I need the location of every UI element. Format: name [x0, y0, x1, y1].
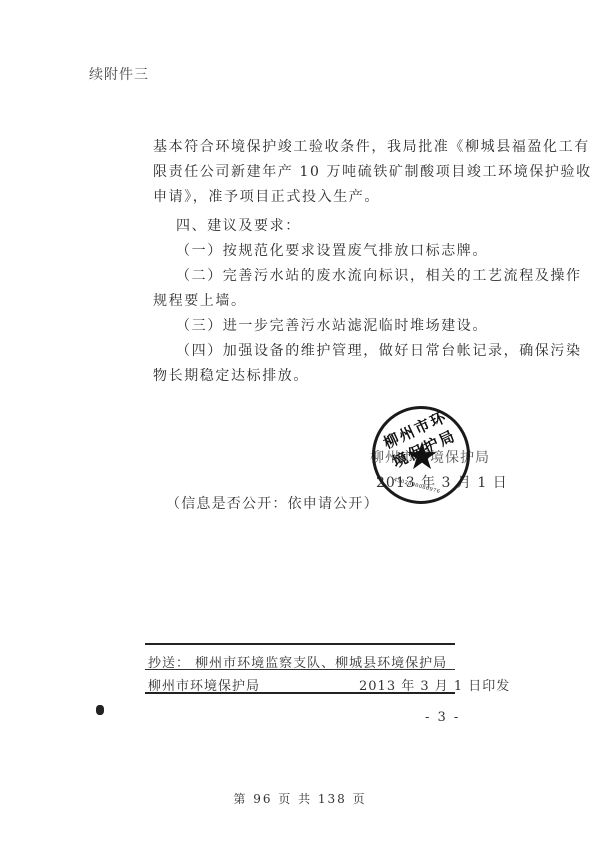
attachment-label: 续附件三 [89, 64, 149, 84]
official-seal: 柳州市环境保护局 ★ 4502000086976 [372, 406, 470, 504]
star-icon: ★ [405, 437, 439, 475]
intro-line: 基本符合环境保护竣工验收条件，我局批准《柳城县福盈化工有 [153, 135, 592, 160]
recommendation-item-2-cont: 规程要上墙。 [153, 289, 247, 314]
page-footer: 第 96 页 共 138 页 [0, 790, 600, 807]
recommendation-item-2: （二）完善污水站的废水流向标识，相关的工艺流程及操作 [176, 264, 582, 289]
intro-line: 申请》，准予项目正式投入生产。 [153, 185, 592, 210]
divider [145, 669, 455, 670]
recommendation-item-4: （四）加强设备的维护管理，做好日常台帐记录，确保污染 [176, 339, 582, 364]
page-number: - 3 - [425, 710, 460, 725]
intro-line: 限责任公司新建年产 10 万吨硫铁矿制酸项目竣工环境保护验收 [153, 160, 592, 185]
divider [145, 692, 455, 694]
intro-paragraph: 基本符合环境保护竣工验收条件，我局批准《柳城县福盈化工有 限责任公司新建年产 1… [153, 135, 592, 210]
section-title: 四、建议及要求： [176, 214, 301, 239]
recommendation-item-4-cont: 物长期稳定达标排放。 [153, 364, 309, 389]
recommendation-item-3: （三）进一步完善污水站滤泥临时堆场建设。 [176, 314, 488, 339]
divider [145, 643, 455, 645]
disclosure-note: （信息是否公开：依申请公开） [166, 493, 379, 513]
recommendation-item-1: （一）按规范化要求设置废气排放口标志牌。 [176, 239, 488, 264]
seal-code: 4502000086976 [393, 477, 441, 495]
scan-artifact [96, 705, 104, 715]
